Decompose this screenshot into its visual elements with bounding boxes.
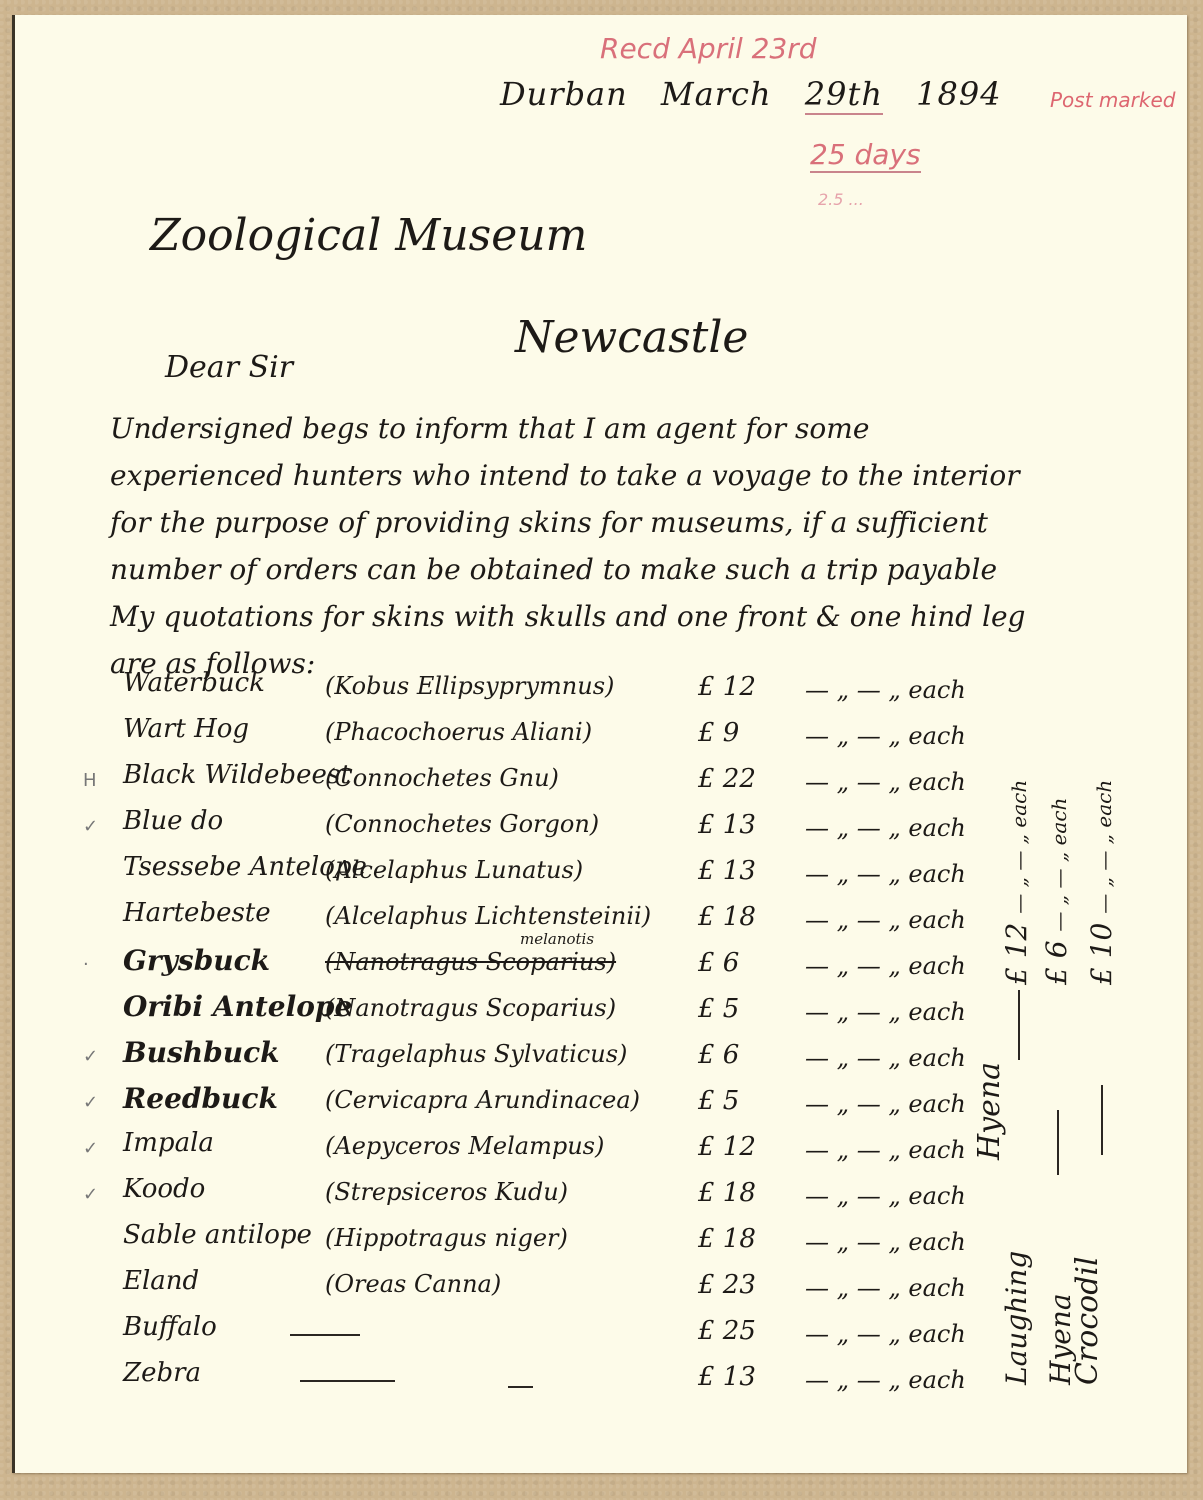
side-price: £ 6: [1040, 940, 1073, 985]
common-name: Reedbuck: [123, 1082, 278, 1115]
price-row: Sable antilope (Hippotragus niger) £ 18 …: [115, 1220, 975, 1266]
price-list: Waterbuck (Kobus Ellipsyprymnus) £ 12 — …: [115, 668, 975, 1404]
check-mark-icon: ✓: [83, 1138, 98, 1159]
common-name: Oribi Antelope: [123, 990, 352, 1023]
check-mark-icon: ✓: [83, 816, 98, 837]
unit: — „ — „ each: [805, 1090, 966, 1118]
side-label-hyena: Hyena: [972, 1062, 1007, 1160]
place: Durban: [500, 75, 628, 113]
common-name: Sable antilope: [123, 1220, 312, 1250]
latin-name: (Hippotragus niger): [325, 1224, 568, 1252]
unit: — „ — „ each: [805, 676, 966, 704]
price: £ 18: [698, 1178, 756, 1208]
price: £ 12: [698, 672, 756, 702]
unit: — „ — „ each: [805, 1366, 966, 1394]
price: £ 9: [698, 718, 739, 748]
blank-dash: [300, 1380, 395, 1382]
price: £ 13: [698, 856, 756, 886]
latin-name: (Kobus Ellipsyprymnus): [325, 672, 614, 700]
price-row: ✓ Impala (Aepyceros Melampus) £ 12 — „ —…: [115, 1128, 975, 1174]
side-price-crocodil: £ 10 — „ — „ each: [1085, 780, 1118, 985]
price: £ 25: [698, 1316, 756, 1346]
price-row: Oribi Antelope (Nanotragus Scoparius) £ …: [115, 990, 975, 1036]
latin-name: (Oreas Canna): [325, 1270, 501, 1298]
price: £ 18: [698, 902, 756, 932]
city: Newcastle: [515, 312, 748, 363]
latin-correction: melanotis: [520, 930, 594, 948]
unit: — „ — „ each: [805, 1320, 966, 1348]
day: 29th: [805, 75, 883, 115]
dateline: Durban March 29th 1894: [500, 75, 1024, 113]
post-marked-annotation: Post marked: [1050, 88, 1175, 112]
blank-dash: [508, 1386, 533, 1388]
unit: — „ — „ each: [805, 1274, 966, 1302]
side-unit: — „ — „ each: [1092, 780, 1116, 914]
latin-name-struck: (Nanotragus Scoparius): [325, 948, 616, 976]
common-name: Black Wildebeest: [123, 760, 351, 790]
body-line: My quotations for skins with skulls and …: [110, 593, 1130, 640]
unit: — „ — „ each: [805, 1136, 966, 1164]
latin-name: (Alcelaphus Lichtensteinii): [325, 902, 651, 930]
common-name: Wart Hog: [123, 714, 249, 744]
price: £ 23: [698, 1270, 756, 1300]
body-line: number of orders can be obtained to make…: [110, 546, 1130, 593]
price: £ 12: [698, 1132, 756, 1162]
price-row: Buffalo £ 25 — „ — „ each: [115, 1312, 975, 1358]
price-row: Wart Hog (Phacochoerus Aliani) £ 9 — „ —…: [115, 714, 975, 760]
unit: — „ — „ each: [805, 1182, 966, 1210]
side-rule: [1101, 1085, 1103, 1155]
days-annotation: 25 days: [810, 138, 921, 171]
price-row: H Black Wildebeest (Connochetes Gnu) £ 2…: [115, 760, 975, 806]
side-label-crocodil: Crocodil: [1070, 1256, 1105, 1385]
month: March: [661, 75, 772, 113]
side-price: £ 12: [1000, 923, 1033, 985]
side-price: £ 10: [1085, 923, 1118, 985]
common-name: Waterbuck: [123, 668, 265, 698]
common-name: Zebra: [123, 1358, 201, 1388]
price-row: · Grysbuck (Nanotragus Scoparius) melano…: [115, 944, 975, 990]
price-row: ✓ Reedbuck (Cervicapra Arundinacea) £ 5 …: [115, 1082, 975, 1128]
days-value: 25 days: [810, 138, 921, 173]
side-unit: — „ — „ each: [1007, 780, 1031, 914]
common-name: Grysbuck: [123, 944, 270, 977]
year: 1894: [916, 75, 1001, 113]
latin-name: (Strepsiceros Kudu): [325, 1178, 568, 1206]
unit: — „ — „ each: [805, 1228, 966, 1256]
price-row: ✓ Koodo (Strepsiceros Kudu) £ 18 — „ — „…: [115, 1174, 975, 1220]
price-row: Eland (Oreas Canna) £ 23 — „ — „ each: [115, 1266, 975, 1312]
common-name: Eland: [123, 1266, 199, 1296]
check-mark-icon: ✓: [83, 1092, 98, 1113]
unit: — „ — „ each: [805, 722, 966, 750]
unit: — „ — „ each: [805, 814, 966, 842]
latin-name: (Connochetes Gorgon): [325, 810, 599, 838]
body-line: for the purpose of providing skins for m…: [110, 499, 1130, 546]
latin-name: (Nanotragus Scoparius): [325, 994, 616, 1022]
price-row: ✓ Blue do (Connochetes Gorgon) £ 13 — „ …: [115, 806, 975, 852]
price: £ 22: [698, 764, 756, 794]
price: £ 13: [698, 1362, 756, 1392]
common-name: Impala: [123, 1128, 214, 1158]
body-line: Undersigned begs to inform that I am age…: [110, 405, 1130, 452]
unit: — „ — „ each: [805, 1044, 966, 1072]
latin-name: (Tragelaphus Sylvaticus): [325, 1040, 627, 1068]
price: £ 5: [698, 994, 739, 1024]
common-name: Blue do: [123, 806, 223, 836]
latin-name: (Nanotragus Scoparius): [325, 948, 616, 976]
unit: — „ — „ each: [805, 998, 966, 1026]
common-name: Koodo: [123, 1174, 205, 1204]
price-row: Tsessebe Antelope (Alcelaphus Lunatus) £…: [115, 852, 975, 898]
addressee: Zoological Museum: [150, 210, 587, 261]
salutation: Dear Sir: [165, 350, 293, 385]
side-price-laughing-hyena: £ 6 — „ — „ each: [1040, 798, 1073, 985]
body-line: experienced hunters who intend to take a…: [110, 452, 1130, 499]
price: £ 6: [698, 948, 739, 978]
price-row: ✓ Bushbuck (Tragelaphus Sylvaticus) £ 6 …: [115, 1036, 975, 1082]
common-name: Buffalo: [123, 1312, 217, 1342]
latin-name: (Alcelaphus Lunatus): [325, 856, 583, 884]
unit: — „ — „ each: [805, 906, 966, 934]
price-row: Zebra £ 13 — „ — „ each: [115, 1358, 975, 1404]
side-rule: [1018, 990, 1020, 1060]
check-mark-icon: ✓: [83, 1046, 98, 1067]
margin-mark: ·: [83, 954, 89, 975]
side-rule: [1057, 1110, 1059, 1175]
latin-name: (Phacochoerus Aliani): [325, 718, 592, 746]
common-name: Hartebeste: [123, 898, 271, 928]
side-price-hyena: £ 12 — „ — „ each: [1000, 780, 1033, 985]
blank-dash: [290, 1334, 360, 1336]
latin-name: (Connochetes Gnu): [325, 764, 559, 792]
common-name: Bushbuck: [123, 1036, 280, 1069]
margin-mark: H: [83, 770, 97, 791]
latin-name: (Aepyceros Melampus): [325, 1132, 604, 1160]
unit: — „ — „ each: [805, 768, 966, 796]
letter-body: Undersigned begs to inform that I am age…: [110, 405, 1130, 687]
price: £ 18: [698, 1224, 756, 1254]
unit: — „ — „ each: [805, 860, 966, 888]
price: £ 5: [698, 1086, 739, 1116]
check-mark-icon: ✓: [83, 1184, 98, 1205]
received-annotation: Recd April 23rd: [600, 32, 817, 65]
price: £ 13: [698, 810, 756, 840]
unit: — „ — „ each: [805, 952, 966, 980]
price-row: Waterbuck (Kobus Ellipsyprymnus) £ 12 — …: [115, 668, 975, 714]
price: £ 6: [698, 1040, 739, 1070]
side-unit: — „ — „ each: [1047, 798, 1071, 932]
days-faint-annotation: 2.5 ...: [818, 190, 864, 209]
latin-name: (Cervicapra Arundinacea): [325, 1086, 640, 1114]
